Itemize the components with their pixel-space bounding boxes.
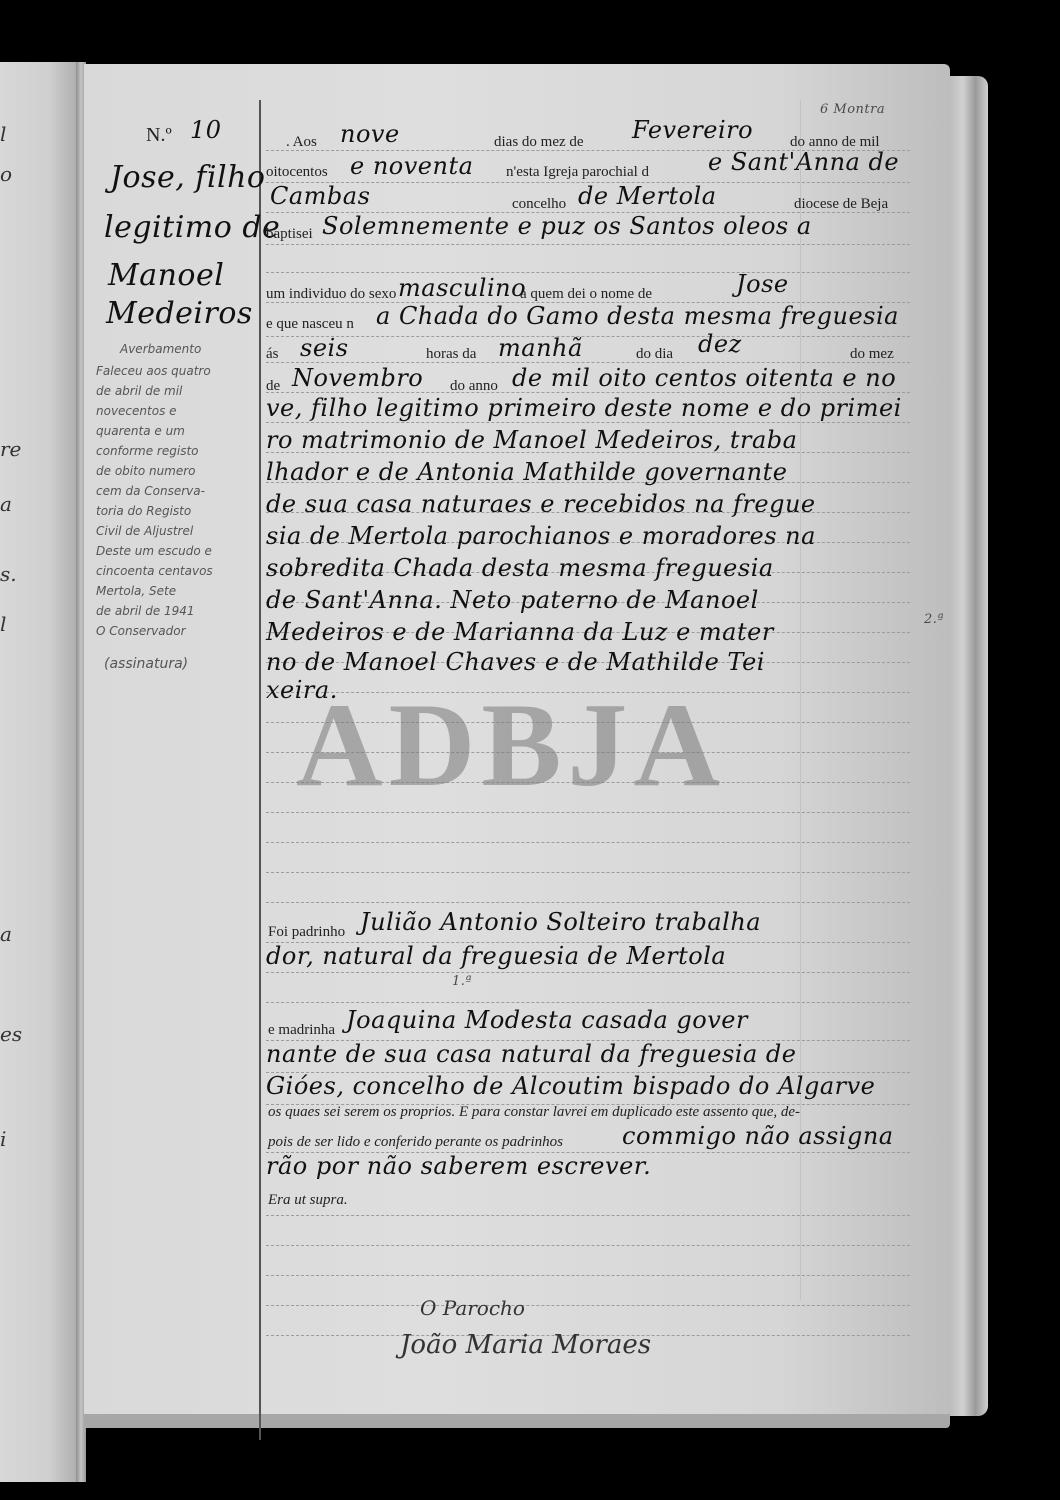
birth-day-value: dez [698,330,742,358]
column-rule [800,100,801,1300]
madrinha-value: nante de sua casa natural da freguesia d… [266,1040,796,1068]
birth-month-value: Novembro [292,364,423,392]
printed-label: dias do mez de [494,134,584,151]
side-mark: 2.ª [924,612,944,627]
signature-title: O Parocho [420,1296,525,1320]
left-page-fragment: es [0,1022,22,1046]
day-value: nove [340,120,400,148]
ruled-line [266,842,910,844]
closing-text: pois de ser lido e conferido perante os … [268,1134,563,1151]
entry-name-line: Manoel [108,258,224,293]
body-line: de sua casa naturaes e recebidos na freg… [266,490,816,518]
padrinho-mark: 1.ª [452,974,472,989]
margin-rule [259,100,261,1440]
padrinho-label: Foi padrinho [268,924,345,941]
madrinha-value: Gióes, concelho de Alcoutim bispado do A… [266,1072,875,1100]
annotation-line: novecentos e [96,404,177,418]
child-name-value: Jose [736,270,789,298]
ruled-line [266,972,910,974]
annotation-line: de obito numero [96,464,196,478]
annotation-line: Deste um escudo e [96,544,212,558]
body-line: de Sant'Anna. Neto paterno de Manoel [266,586,759,614]
ruled-line [266,1002,910,1004]
closing-hand: rão por não saberem escrever. [266,1152,651,1180]
left-page-fragment: s. [0,562,17,586]
printed-label: de [266,378,280,395]
signature-name: João Maria Moraes [400,1330,651,1360]
closing-text: os quaes sei serem os proprios. E para c… [268,1104,800,1121]
printed-label: baptisei [266,226,313,243]
body-line: sobredita Chada desta mesma freguesia [266,554,774,582]
annotation-line: conforme registo [96,444,199,458]
ruled-line [266,902,910,904]
place-value: Cambas [270,182,370,210]
body-line: ve, filho legitimo primeiro deste nome e… [266,394,902,422]
madrinha-value: Joaquina Modesta casada gover [346,1006,748,1034]
ruled-line [266,422,910,424]
parish-value: e Sant'Anna de [708,148,899,176]
annotation-line: Faleceu aos quatro [96,364,211,378]
printed-label: do mez [850,346,894,363]
annotation-line: toria do Registo [96,504,191,518]
year-value: e noventa [350,152,473,180]
left-page-fragment: l [0,612,6,636]
left-page-fragment: o [0,162,12,186]
madrinha-label: e madrinha [268,1022,335,1039]
printed-label: oitocentos [266,164,328,181]
annotation-line: quarenta e um [96,424,185,438]
birthplace-value: a Chada do Gamo desta mesma freguesia [376,302,899,330]
ruled-line [266,1245,910,1247]
month-value: Fevereiro [632,116,753,144]
hour-value: seis [300,334,349,362]
ruled-line [266,872,910,874]
closing-hand: commigo não assigna [622,1122,894,1150]
concelho-value: de Mertola [578,182,717,210]
annotation-line: O Conservador [96,624,186,638]
annotation-line: Mertola, Sete [96,584,176,598]
body-line: no de Manoel Chaves e de Mathilde Tei [266,648,765,676]
period-value: manhã [498,334,583,362]
annotation-title: Averbamento [120,342,201,356]
printed-label: concelho [512,196,566,213]
ruled-line [266,1215,910,1217]
body-line: ro matrimonio de Manoel Medeiros, traba [266,426,797,454]
printed-label: ás [266,346,279,363]
left-page-fragment: re [0,437,21,461]
entry-number-label: N.º [146,124,172,147]
body-line: lhador e de Antonia Mathilde governante [266,458,787,486]
sex-value: masculino [398,274,526,302]
annotation-line: de abril de 1941 [96,604,195,618]
ruled-line [266,272,910,274]
left-page-fragment: i [0,1127,6,1151]
left-page-fragment: l [0,122,6,146]
printed-label: n'esta Igreja parochial d [506,164,649,181]
printed-label: horas da [426,346,476,363]
printed-label: do dia [636,346,673,363]
ruled-line [266,336,910,338]
birth-year-value: de mil oito centos oitenta e no [512,364,896,392]
ruled-line [266,1275,910,1277]
corner-note: 6 Montra [820,102,885,117]
left-page-fragment: a [0,492,12,516]
body-line: Medeiros e de Marianna da Luz e mater [266,618,774,646]
entry-name-line: legitimo de [104,210,280,245]
annotation-line: Civil de Aljustrel [96,524,193,538]
printed-label: e que nasceu n [266,316,354,333]
ruled-line [266,1305,910,1307]
baptism-text: Solemnemente e puz os Santos oleos a [322,212,812,240]
printed-label: diocese de Beja [794,196,888,213]
entry-name-line: Jose, filho [110,160,266,195]
page-stack-edge [946,76,988,1416]
annotation-line: de abril de mil [96,384,182,398]
left-facing-page: l o re a s. l a es i [0,62,82,1482]
printed-label: um individuo do sexo [266,286,396,303]
entry-name-line: Medeiros [106,296,253,331]
printed-label: a quem dei o nome de [520,286,652,303]
era-text: Era ut supra. [268,1192,348,1209]
entry-number: 10 [190,116,222,144]
archive-watermark: ADBJA [296,676,726,814]
padrinho-value: Julião Antonio Solteiro trabalha [360,908,761,936]
annotation-line: cincoenta centavos [96,564,213,578]
annotation-line: cem da Conserva- [96,484,205,498]
body-line: sia de Mertola parochianos e moradores n… [266,522,816,550]
printed-label: do anno [450,378,498,395]
padrinho-value: dor, natural da freguesia de Mertola [266,942,726,970]
left-page-fragment: a [0,922,12,946]
annotation-signature: (assinatura) [104,656,188,672]
ruled-line [266,244,910,246]
printed-label: . Aos [286,134,317,151]
